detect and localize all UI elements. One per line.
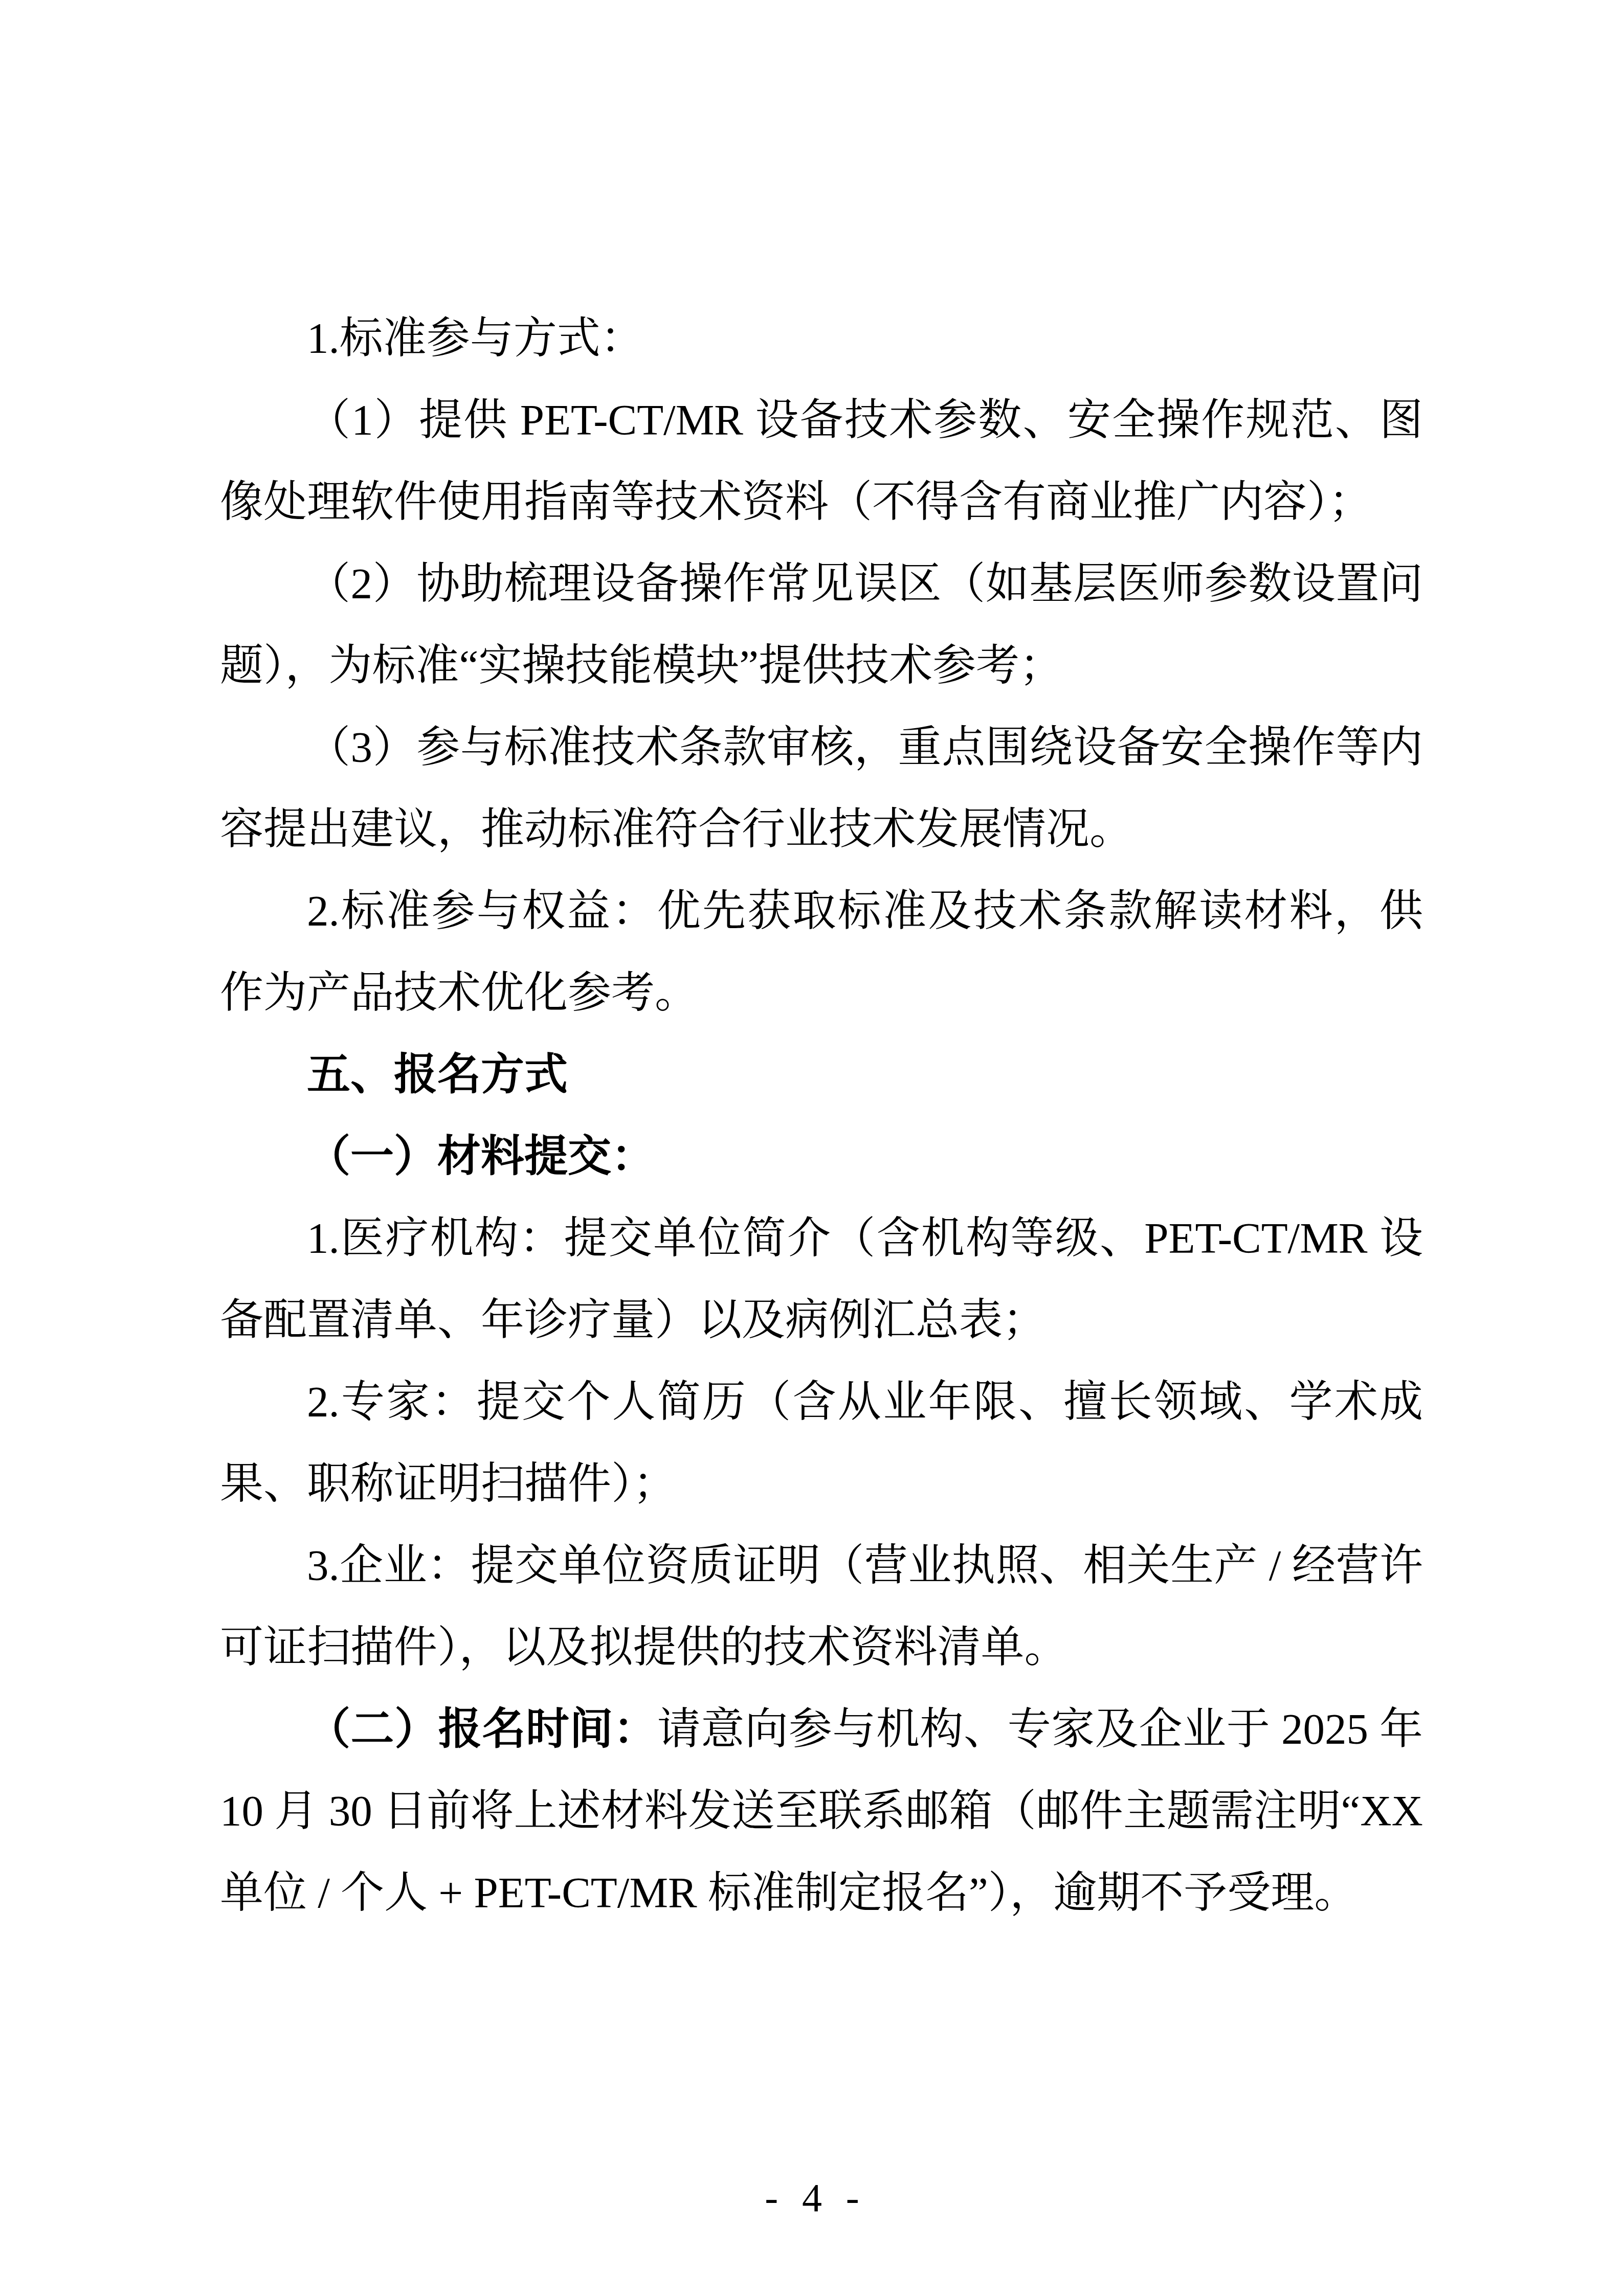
- subsection-lead-registration-time: （二）报名时间：: [307, 1705, 657, 1753]
- document-page: 1.标准参与方式： （1）提供 PET-CT/MR 设备技术参数、安全操作规范、…: [0, 0, 1624, 2296]
- paragraph-item-1: （1）提供 PET-CT/MR 设备技术参数、安全操作规范、图像处理软件使用指南…: [220, 379, 1423, 543]
- section-heading-registration-method: 五、报名方式: [220, 1034, 1423, 1116]
- page-number: - 4 -: [0, 2157, 1624, 2239]
- paragraph-registration-time: （二）报名时间：请意向参与机构、专家及企业于 2025 年 10 月 30 日前…: [220, 1689, 1423, 1934]
- paragraph-enterprise: 3.企业：提交单位资质证明（营业执照、相关生产 / 经营许可证扫描件），以及拟提…: [220, 1525, 1423, 1689]
- subsection-heading-material-submission: （一）材料提交：: [220, 1116, 1423, 1198]
- document-body: 1.标准参与方式： （1）提供 PET-CT/MR 设备技术参数、安全操作规范、…: [220, 298, 1423, 1934]
- paragraph-item-3: （3）参与标准技术条款审核，重点围绕设备安全操作等内容提出建议，推动标准符合行业…: [220, 707, 1423, 870]
- paragraph-item-2: （2）协助梳理设备操作常见误区（如基层医师参数设置问题），为标准“实操技能模块”…: [220, 543, 1423, 707]
- paragraph-medical-institution: 1.医疗机构：提交单位简介（含机构等级、PET-CT/MR 设备配置清单、年诊疗…: [220, 1198, 1423, 1361]
- paragraph-standard-rights: 2.标准参与权益：优先获取标准及技术条款解读材料，供作为产品技术优化参考。: [220, 870, 1423, 1034]
- paragraph-expert: 2.专家：提交个人简历（含从业年限、擅长领域、学术成果、职称证明扫描件）；: [220, 1361, 1423, 1525]
- paragraph-standard-participation-way: 1.标准参与方式：: [220, 298, 1423, 379]
